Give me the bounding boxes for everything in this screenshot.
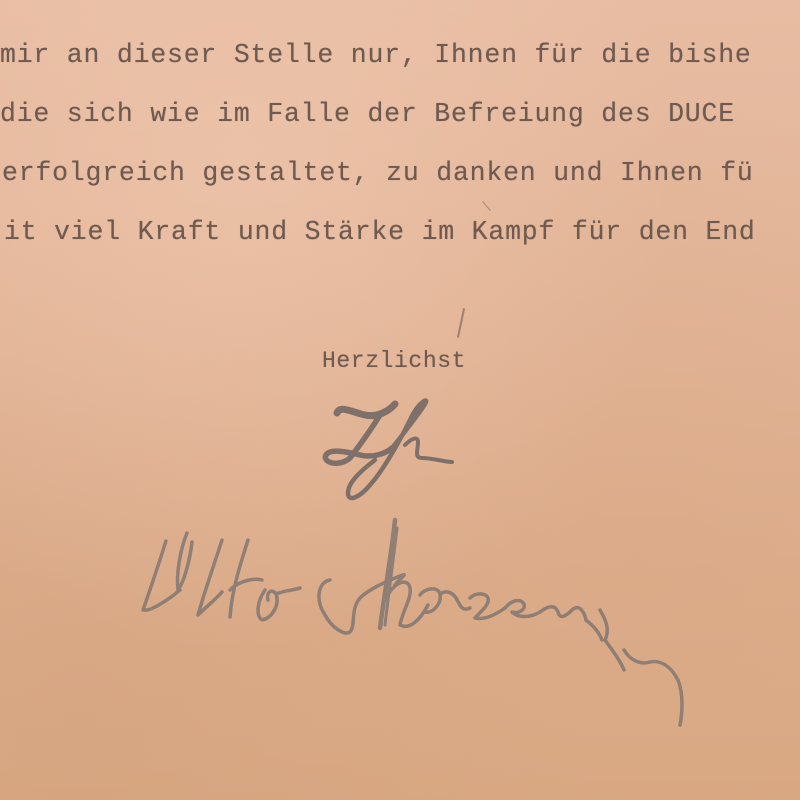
letter-closing: Herzlichst — [322, 348, 466, 374]
stray-pen-mark — [482, 201, 491, 211]
letter-body-line-3: erfolgreich gestaltet, zu danken und Ihn… — [2, 158, 754, 188]
letter-body-line-1: mir an dieser Stelle nur, Ihnen für die … — [0, 40, 752, 70]
letter-body-line-4: it viel Kraft und Stärke im Kampf für de… — [4, 217, 756, 247]
stray-pencil-mark — [457, 308, 465, 338]
letter-body-line-2: die sich wie im Falle der Befreiung des … — [0, 99, 735, 129]
letter-page: mir an dieser Stelle nur, Ihnen für die … — [0, 0, 800, 800]
